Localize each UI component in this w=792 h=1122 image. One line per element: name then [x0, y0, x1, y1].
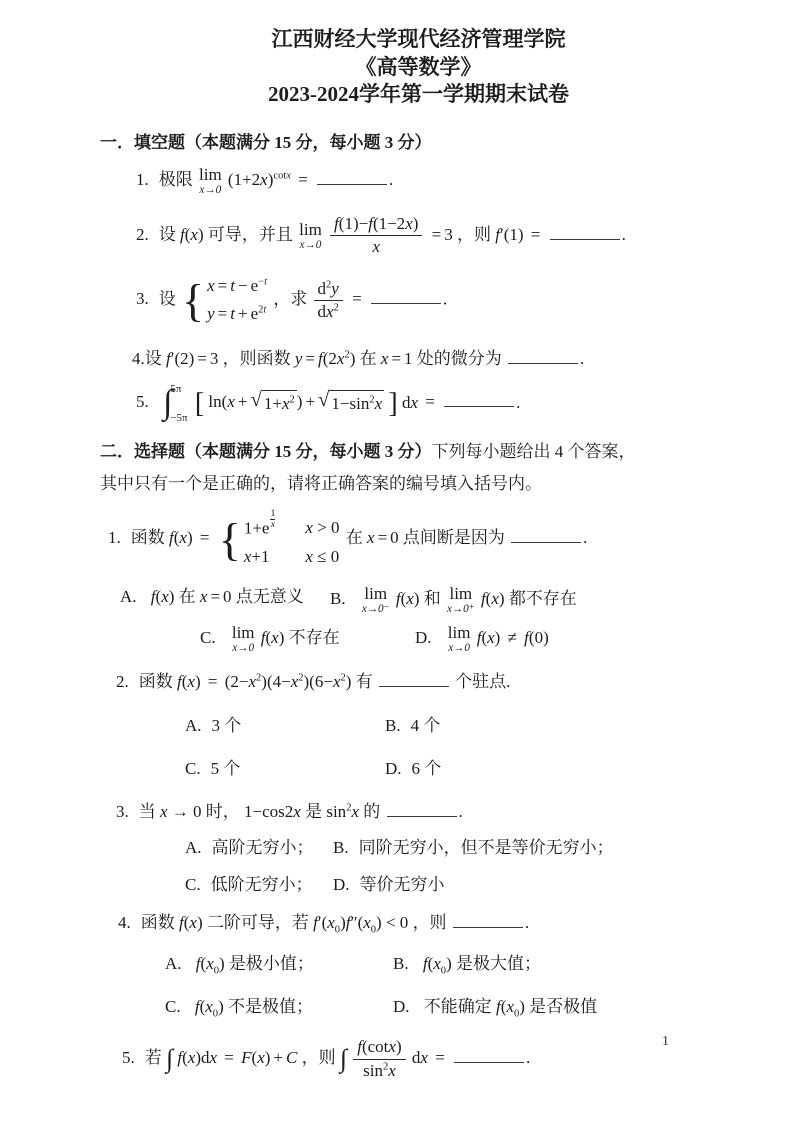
radical: √1−sin2x: [318, 390, 384, 417]
text-choice-q2-b: )(4−: [261, 672, 290, 691]
f-prime-of-1: f′(1): [495, 225, 523, 244]
group: f(1)−f(1−2x): [330, 214, 422, 235]
text-sym-rp: ): [414, 589, 420, 608]
text-sym-plus: +: [235, 392, 251, 411]
formula: (1+2x)cotx: [228, 170, 291, 189]
group: 5π−5π: [170, 384, 187, 424]
text-sym-plus: +: [235, 304, 251, 323]
text-choice-q1-gt: > 0: [317, 518, 339, 537]
group: cotx: [273, 170, 291, 181]
text-sym-d: d: [318, 279, 327, 298]
limit: limx→0: [199, 166, 222, 196]
text-sym-x: x: [388, 1061, 396, 1080]
option-b: B.4 个: [385, 714, 440, 739]
text-sym-rp: ): [495, 628, 501, 647]
choice-1-options-cd: C. limx→0 f(x) 不存在 D. limx→0 f(x) ≠ f(0): [100, 624, 737, 654]
option-c: C. f(x0) 不是极值；: [165, 995, 393, 1022]
text-sym-rp: ): [350, 349, 356, 368]
text-sym-eq: =: [349, 289, 365, 308]
group: 2t: [258, 305, 266, 316]
text-sym-cot: cot: [273, 170, 286, 181]
text-sym-x: x: [327, 913, 335, 932]
text-sym-lim: lim: [199, 166, 222, 183]
fraction: f(cotx)sin2x: [353, 1037, 405, 1081]
text-choice-q4-t2: 二阶可导，若: [207, 913, 309, 932]
text-sym-x: x: [248, 672, 256, 691]
text-choice-q4-opts-B: B.: [393, 954, 409, 973]
text-choice-q5-t1: 若: [145, 1048, 162, 1067]
text-choice-q3-opts-c: 低阶无穷小；: [211, 875, 313, 894]
text-choice-q2-opts-D: D.: [385, 759, 402, 778]
text-sym-rp: ): [446, 954, 452, 973]
title-block: 江西财经大学现代经济管理学院 《高等数学》 2023-2024学年第一学期期末试…: [100, 26, 737, 109]
text-fill-q2-n3: ): [413, 214, 419, 233]
text-sym-x: x: [487, 628, 495, 647]
text-choice-h1a: 二．选择题（本题满分 15 分，每小题 3 分）: [100, 442, 432, 461]
question-number: 3.: [136, 289, 149, 308]
text-choice-q3-opts-a: 高阶无穷小；: [212, 838, 314, 857]
text-sym-y: y: [331, 279, 339, 298]
text-choice-q3-a: 1−cos2: [244, 802, 293, 821]
option-c: C.5 个: [185, 757, 385, 782]
text-sym-eq: =: [429, 225, 445, 244]
text-choice-q2-t3: 个驻点.: [455, 672, 510, 691]
option-c: C.低阶无穷小；: [185, 873, 333, 898]
group: x=t−e−t y=t+e2t: [207, 272, 267, 329]
question-number: 1.: [108, 528, 121, 547]
text-sym-to0: x→0: [199, 185, 222, 196]
text-fill-q4-a: (2: [323, 349, 337, 368]
exam-page: 江西财经大学现代经济管理学院 《高等数学》 2023-2024学年第一学期期末试…: [0, 0, 792, 1081]
formula: f′(x0)f″(x0) < 0: [313, 913, 408, 932]
limit: limx→0: [232, 624, 255, 654]
text-sym-eq: =: [215, 304, 231, 323]
text-sym-to0m: x→0⁻: [362, 604, 390, 615]
text-sym-x: x: [260, 170, 268, 189]
text-sym-eq: =: [205, 672, 221, 691]
text-sym-dot: .: [525, 913, 529, 932]
group: x+1: [244, 543, 306, 572]
text-choice-q1-opts-D: D.: [415, 628, 432, 647]
f-of-x: f(x): [179, 913, 203, 932]
formula: y=f(2x2): [295, 349, 356, 368]
text-choice-q5-t2: ，则: [302, 1048, 336, 1067]
group: 1+e1x: [244, 507, 306, 543]
text-fill-q2-t1: 设: [159, 225, 176, 244]
text-choice-q1-t1: 函数: [131, 528, 165, 547]
fill-question-2: 2.设 f(x) 可导，并且 limx→0 f(1)−f(1−2x)x =3 ，…: [136, 214, 737, 258]
radical: √1+x2: [250, 390, 296, 417]
text-sym-dot: .: [516, 392, 520, 411]
group: f(x0): [195, 997, 224, 1016]
choice-question-1: 1.函数 f(x) = { 1+e1xx > 0 x+1x ≤ 0 在 x=0 …: [108, 507, 737, 572]
text-sym-x: x: [227, 392, 235, 411]
text-sym-brace: {: [182, 281, 204, 320]
text-choice-q4-lt: < 0: [386, 913, 408, 932]
text-fill-q2-n1: (1)−: [339, 214, 368, 233]
text-sym-eq: =: [221, 1048, 237, 1067]
text-choice-q4-opts-d: 是否极值: [529, 997, 597, 1016]
text-sym-x: x: [305, 518, 313, 537]
text-sym-C: C: [286, 1048, 297, 1067]
text-fill-q4-t1: 设: [145, 349, 162, 368]
text-sym-x: x: [330, 235, 422, 257]
text-choice-q2-c: )(6−: [304, 672, 333, 691]
text-choice-q3-opts-C: C.: [185, 875, 201, 894]
choice-2-options-cd: C.5 个 D.6 个: [100, 757, 737, 782]
text-choice-q1-b: +1: [251, 547, 269, 566]
text-sym-e: e: [251, 304, 259, 323]
text-sym-t: t: [264, 276, 267, 287]
text-sym-rp: ): [279, 628, 285, 647]
group: f(x0): [196, 954, 225, 973]
text-sym-eq: =: [197, 528, 213, 547]
text-sym-x: x: [326, 302, 334, 321]
text-sym-rp: ): [169, 587, 175, 606]
group: y=t+e2t: [207, 300, 267, 329]
option-a: A.高阶无穷小；: [185, 836, 333, 861]
choice-2-options-ab: A.3 个 B.4 个: [100, 714, 737, 739]
group: d2y: [314, 279, 343, 300]
text-choice-q4-opts-b: 是极大值；: [456, 954, 541, 973]
formula: (2−x2)(4−x2)(6−x2): [225, 672, 352, 691]
text-sym-rp: ): [218, 997, 224, 1016]
text-fill-q2-t2: 可导，并且: [208, 225, 293, 244]
text-sym-neq: ≠: [505, 628, 520, 647]
text-sym-eq: =: [422, 392, 438, 411]
answer-blank: [387, 798, 457, 817]
text-sym-x: x: [270, 519, 275, 530]
choice-question-5: 5.若 ∫ f(x)dx = F(x)+C ，则 ∫ f(cotx)sin2x …: [122, 1037, 737, 1081]
text-choice-q2-opts-C: C.: [185, 759, 201, 778]
group: x=t−e−t: [207, 272, 267, 301]
text-choice-q2-t2: 有: [356, 672, 373, 691]
definite-integral: ∫5π−5π: [163, 392, 191, 411]
text-sym-rp: ): [396, 1037, 402, 1056]
group: −t: [258, 276, 267, 287]
choice-question-2: 2.函数 f(x) = (2−x2)(4−x2)(6−x2) 有 个驻点.: [116, 668, 737, 694]
text-choice-q3-t4: 的: [363, 802, 380, 821]
text-choice-q1-opts-C: C.: [200, 628, 216, 647]
text-choice-q2-a: (2−: [225, 672, 249, 691]
text-choice-q2-opts-a: 3 个: [212, 716, 242, 735]
text-choice-q1-opts-p0: (0): [529, 628, 549, 647]
page-number: 1: [662, 1034, 669, 1050]
text-sym-d: d: [318, 302, 327, 321]
group: f(cotx): [353, 1037, 405, 1058]
second-derivative-fraction: d2ydx2: [314, 279, 343, 323]
text-choice-q2-opts-d: 6 个: [412, 759, 442, 778]
group: f(x): [481, 589, 505, 608]
text-choice-q3-t2: 时，: [206, 802, 240, 821]
limit: limx→0⁺: [447, 585, 475, 615]
text-sym-eq: =: [215, 276, 231, 295]
answer-blank: [444, 389, 514, 408]
choice-3-options-cd: C.低阶无穷小； D.等价无穷小: [100, 873, 737, 898]
text-sym-eq: =: [295, 170, 311, 189]
text-sym-minus: −: [235, 276, 251, 295]
formula: F(x)+C: [241, 1048, 297, 1067]
group: f(x0): [423, 954, 452, 973]
text-fill-q5-r1: 1+: [264, 394, 282, 413]
cases-system: { x=t−e−t y=t+e2t: [182, 272, 267, 329]
text-sym-rp: ): [519, 997, 525, 1016]
text-sym-d: d: [201, 1048, 210, 1067]
text-sym-x: x: [506, 997, 514, 1016]
group: x > 0: [305, 507, 339, 543]
limit: limx→0⁻: [362, 585, 390, 615]
option-a: A.3 个: [185, 714, 385, 739]
formula: x=1: [381, 349, 413, 368]
text-sym-x: x: [363, 913, 371, 932]
text-choice-q1-opts-a1: 在: [179, 587, 196, 606]
text-sym-x: x: [161, 587, 169, 606]
text-sym-three: 3: [210, 349, 219, 368]
group: 1+x2: [262, 390, 297, 417]
option-d: D.6 个: [385, 757, 441, 782]
text-sym-ln: ln: [208, 392, 221, 411]
text-sym-two: 2: [290, 395, 295, 406]
text-choice-q1-opts-A: A.: [120, 587, 137, 606]
text-sym-x: x: [388, 1037, 396, 1056]
text-sym-zero: 0: [223, 587, 232, 606]
text-fill-q4-t4: 处的微分为: [417, 349, 502, 368]
answer-blank: [317, 166, 387, 185]
text-sym-sin: sin: [363, 1061, 383, 1080]
group: x ≤ 0: [305, 543, 339, 572]
text-choice-q2-opts-A: A.: [185, 716, 202, 735]
text-choice-q2-t1: 函数: [139, 672, 173, 691]
text-fill-q5-r2: 1−sin: [331, 394, 369, 413]
text-sym-x: x: [293, 802, 301, 821]
option-c: C. limx→0 f(x) 不存在: [200, 624, 415, 654]
title-line-1: 江西财经大学现代经济管理学院: [100, 26, 737, 54]
text-choice-q2-opts-b: 4 个: [411, 716, 441, 735]
text-sym-plus: +: [302, 392, 318, 411]
choice-question-3: 3.当 x → 0 时， 1−cos2x 是 sin2x 的 .: [116, 798, 737, 824]
text-fill-q1-t1: 极限: [159, 170, 193, 189]
formula: x → 0: [160, 802, 202, 821]
text-sym-x: x: [406, 589, 414, 608]
dx: dx: [402, 392, 418, 411]
text-sym-one: 1: [270, 509, 275, 519]
text-sym-x: x: [405, 214, 413, 233]
formula: x=0: [367, 528, 399, 547]
formula: f(x)dx: [177, 1048, 217, 1067]
choice-question-4: 4.函数 f(x) 二阶可导，若 f′(x0)f″(x0) < 0 ，则 .: [118, 909, 737, 938]
fill-question-1: 1.极限 limx→0 (1+2x)cotx = .: [136, 166, 737, 196]
text-choice-q1-opts-c1: 不存在: [289, 628, 340, 647]
group: f(x): [396, 589, 420, 608]
option-a: A. f(x) 在 x=0 点无意义: [120, 585, 330, 610]
group: x+1x ≤ 0: [244, 543, 340, 572]
text-sym-lbr: [: [195, 388, 204, 419]
text-choice-q2-opts-B: B.: [385, 716, 401, 735]
text-fill-q2-n2: (1−2: [373, 214, 405, 233]
text-sym-x: x: [411, 392, 419, 411]
text-sym-x: x: [305, 547, 313, 566]
text-sym-cot: cot: [368, 1037, 389, 1056]
option-b: B. limx→0⁻ f(x) 和 limx→0⁺ f(x) 都不存在: [330, 585, 577, 615]
section-2-header-line-2: 其中只有一个是正确的，请将正确答案的编号填入括号内。: [100, 472, 737, 497]
text-sym-x: x: [282, 394, 290, 413]
option-d: D. limx→0 f(x) ≠ f(0): [415, 624, 549, 654]
text-sym-radical: √: [250, 390, 261, 412]
text-choice-q4-opts-C: C.: [165, 997, 181, 1016]
question-number: 2.: [116, 672, 129, 691]
answer-blank: [379, 668, 449, 687]
text-choice-q4-t3: ，则: [413, 913, 447, 932]
f-of-x: f(x): [169, 528, 193, 547]
f-of-x: f(x): [177, 672, 201, 691]
text-sym-eq: =: [375, 528, 391, 547]
text-choice-q1-opts-b2: 都不存在: [509, 589, 577, 608]
text-sym-radical: √: [318, 390, 329, 412]
option-d: D. 不能确定 f(x0) 是否极值: [393, 995, 597, 1022]
text-choice-q4-opts-d_pre: 不能确定: [424, 997, 492, 1016]
text-sym-rp: ): [219, 954, 225, 973]
text-choice-q1-t2: 在: [346, 528, 363, 547]
text-fill-q2-p1: (1): [504, 225, 524, 244]
text-sym-F: F: [241, 1048, 251, 1067]
question-number: 1.: [136, 170, 149, 189]
text-sym-two: 2: [334, 302, 339, 313]
text-sym-eq: =: [432, 1048, 448, 1067]
group: 1+e1xx > 0 x+1x ≤ 0: [244, 507, 340, 572]
option-d: D.等价无穷小: [333, 873, 445, 898]
text-choice-q2-d: ): [346, 672, 352, 691]
text-sym-e: e: [251, 276, 259, 295]
text-sym-zero: 0: [390, 528, 399, 547]
text-sym-rbr: ]: [388, 388, 397, 419]
option-a: A. f(x0) 是极小值；: [165, 952, 393, 979]
group: f(x): [151, 587, 175, 606]
text-sym-dot: .: [622, 225, 626, 244]
text-sym-lim: lim: [232, 624, 255, 641]
text-sym-d: d: [402, 392, 411, 411]
question-number: 4.: [118, 913, 131, 932]
text-sym-dot: .: [459, 802, 463, 821]
text-sym-lim: lim: [448, 624, 471, 641]
group: f(x): [261, 628, 285, 647]
text-sym-eq: =: [302, 349, 318, 368]
text-sym-eq: =: [528, 225, 544, 244]
integral: ∫: [340, 1044, 347, 1073]
question-number: 3.: [116, 802, 129, 821]
fill-question-4: 4.设 f′(2)=3 ，则函数 y=f(2x2) 在 x=1 处的微分为 .: [132, 345, 737, 371]
text-sym-x: x: [210, 1048, 218, 1067]
title-line-3: 2023-2024学年第一学期期末试卷: [100, 81, 737, 109]
text-sym-eq: =: [207, 587, 223, 606]
text-sym-x: x: [160, 802, 168, 821]
text-sym-rp: ): [376, 913, 382, 932]
text-sym-t: t: [263, 305, 266, 316]
text-sym-to0: x→0: [232, 643, 255, 654]
text-sym-x: x: [190, 225, 198, 244]
text-fill-q4-t3: 在: [360, 349, 377, 368]
text-fill-q5-up: 5π: [170, 384, 187, 395]
choice-1-options-ab: A. f(x) 在 x=0 点无意义 B. limx→0⁻ f(x) 和 lim…: [100, 585, 737, 615]
choice-3-options-ab: A.高阶无穷小； B.同阶无穷小，但不是等价无穷小；: [100, 836, 737, 861]
text-sym-rp: ): [499, 589, 505, 608]
text-sym-e: e: [262, 518, 270, 537]
dx: dx: [412, 1048, 428, 1067]
integrand: ln(x+√1+x2)+√1−sin2x: [208, 392, 384, 411]
text-sym-rp: ): [195, 672, 201, 691]
integral: ∫: [166, 1044, 173, 1073]
text-choice-q3-opts-B: B.: [333, 838, 349, 857]
text-choice-q3-arrow: → 0: [172, 802, 202, 821]
answer-blank: [550, 221, 620, 240]
text-sym-dot: .: [389, 170, 393, 189]
text-sym-x: x: [257, 1048, 265, 1067]
answer-blank: [508, 345, 578, 364]
question-number: 5.: [122, 1048, 135, 1067]
text-sym-sin: sin: [326, 802, 346, 821]
text-fill-q3-t1: 设: [159, 289, 176, 308]
text-fill-q2-t3: ，则: [457, 225, 491, 244]
text-choice-q2-opts-c: 5 个: [211, 759, 241, 778]
group: x=t−e−t: [207, 272, 267, 301]
text-sym-three: 3: [444, 225, 453, 244]
group: dx2: [314, 300, 343, 322]
choice-4-options-ab: A. f(x0) 是极小值； B. f(x0) 是极大值；: [100, 952, 737, 979]
group: f(0): [524, 628, 549, 647]
question-number: 4.: [132, 349, 145, 368]
text-sym-plus: +: [270, 1048, 286, 1067]
text-sym-x: x: [433, 954, 441, 973]
group: sin2x: [353, 1059, 405, 1081]
text-sym-x: x: [205, 997, 213, 1016]
text-sym-brace: {: [219, 520, 241, 559]
title-line-2: 《高等数学》: [100, 54, 737, 82]
answer-blank: [511, 524, 581, 543]
text-sym-x: x: [286, 170, 291, 181]
text-sym-rp: ): [197, 913, 203, 932]
text-choice-q1-opts-a2: 点无意义: [236, 587, 304, 606]
text-sym-dot: .: [526, 1048, 530, 1067]
section-2-header: 二．选择题（本题满分 15 分，每小题 3 分）下列每小题给出 4 个答案，: [100, 440, 737, 465]
text-sym-x: x: [375, 394, 383, 413]
text-fill-q5-lo: −5π: [170, 413, 187, 424]
text-fill-q1-a: (1+2: [228, 170, 260, 189]
text-choice-q1-a: 1+: [244, 518, 262, 537]
text-sym-x: x: [207, 276, 215, 295]
text-sym-eq: =: [194, 349, 210, 368]
answer-blank: [371, 286, 441, 305]
limit: limx→0: [299, 221, 322, 251]
text-sym-y: y: [207, 304, 215, 323]
formula: 1−cos2x: [244, 802, 301, 821]
text-sym-one: 1: [404, 349, 413, 368]
text-sym-x: x: [367, 528, 375, 547]
fill-question-5: 5. ∫5π−5π [ ln(x+√1+x2)+√1−sin2x ] dx = …: [136, 384, 737, 424]
group: x=0: [200, 587, 232, 606]
piecewise-function: { 1+e1xx > 0 x+1x ≤ 0: [219, 507, 340, 572]
text-sym-x: x: [206, 954, 214, 973]
group: 1+e1xx > 0: [244, 507, 340, 543]
text-sym-x: x: [189, 913, 197, 932]
text-sym-dot: .: [443, 289, 447, 308]
text-choice-q1-opts-b1: 和: [424, 589, 441, 608]
text-choice-q3-t3: 是: [305, 802, 322, 821]
fill-question-3: 3.设 { x=t−e−t y=t+e2t ，求 d2ydx2 = .: [136, 272, 737, 329]
text-fill-q4-t2: ，则函数: [223, 349, 291, 368]
text-sym-lim: lim: [299, 221, 322, 238]
f-of-x: f(x): [180, 225, 204, 244]
text-sym-dot: .: [580, 349, 584, 368]
text-choice-q1-le: ≤ 0: [317, 547, 339, 566]
